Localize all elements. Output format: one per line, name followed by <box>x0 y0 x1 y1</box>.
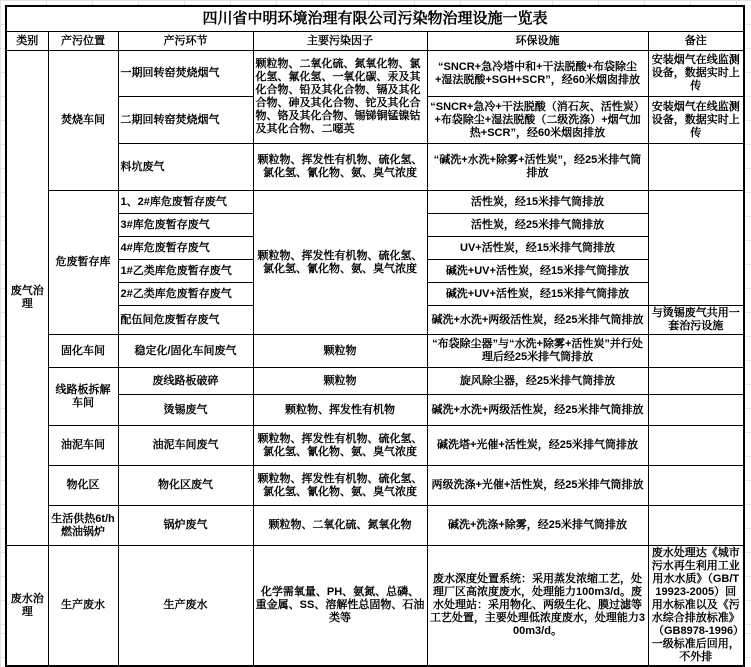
cell-facility: “SNCR+急冷+干法脱酸（消石灰、活性炭）+布袋除尘+湿法脱酸（二级洗涤）+烟… <box>427 97 648 144</box>
cell-location-incineration: 焚烧车间 <box>48 51 118 191</box>
cell-stage: 稳定化/固化车间废气 <box>118 335 253 368</box>
cell-remark <box>648 368 744 395</box>
cell-location-pcb-dismantle: 线路板拆解车间 <box>48 368 118 426</box>
cell-remark <box>648 144 744 191</box>
cell-location-hazmat-storage: 危废暂存库 <box>48 191 118 335</box>
cell-facility: 碱洗塔+光催+活性炭，经25米排气筒排放 <box>427 426 648 466</box>
cell-facility: 碱洗+UV+活性炭，经15米排气筒排放 <box>427 283 648 306</box>
cell-remark <box>648 466 744 506</box>
cell-facility: 活性炭，经25米排气筒排放 <box>427 214 648 237</box>
cell-location-physchem: 物化区 <box>48 466 118 506</box>
page-title: 四川省中明环境治理有限公司污染物治理设施一览表 <box>6 6 744 32</box>
cell-facility: UV+活性炭，经15米排气筒排放 <box>427 237 648 260</box>
cell-factors: 化学需氧量、PH、氨氮、总磷、重金属、SS、溶解性总固物、石油类等 <box>253 546 427 667</box>
cell-factors: 颗粒物 <box>253 368 427 395</box>
cell-category-wastewater: 废水治理 <box>6 546 48 667</box>
cell-factors: 颗粒物 <box>253 335 427 368</box>
cell-remark <box>648 506 744 546</box>
cell-location-production-wastewater: 生产废水 <box>48 546 118 667</box>
cell-stage: 锅炉废气 <box>118 506 253 546</box>
header-facility: 环保设施 <box>427 32 648 51</box>
cell-location-solidification: 固化车间 <box>48 335 118 368</box>
cell-remark <box>648 335 744 368</box>
header-location: 产污位置 <box>48 32 118 51</box>
cell-stage: 配伍间危废暂存废气 <box>118 306 253 335</box>
cell-remark <box>648 426 744 466</box>
cell-stage: 4#库危废暂存废气 <box>118 237 253 260</box>
cell-remark: 安装烟气在线监测设备，数据实时上传 <box>648 51 744 97</box>
cell-factors: 颗粒物、挥发性有机物、硫化氢、氯化氢、氰化物、氨、臭气浓度 <box>253 426 427 466</box>
cell-factors: 颗粒物、挥发性有机物、硫化氢、氯化氢、氰化物、氨、臭气浓度 <box>253 466 427 506</box>
cell-facility: 碱洗+洗涤+除雾，经25米排气筒排放 <box>427 506 648 546</box>
cell-remark <box>648 191 744 306</box>
cell-stage: 物化区废气 <box>118 466 253 506</box>
cell-factors: 颗粒物、二氧化硫、氮氧化物 <box>253 506 427 546</box>
cell-factors: 颗粒物、挥发性有机物、硫化氢、氯化氢、氰化物、氨、臭气浓度 <box>253 144 427 191</box>
cell-facility: 碱洗+水洗+两级活性炭，经25米排气筒排放 <box>427 306 648 335</box>
cell-facility: 碱洗+UV+活性炭，经15米排气筒排放 <box>427 260 648 283</box>
cell-stage: 1#乙类库危废暂存废气 <box>118 260 253 283</box>
cell-remark: 安装烟气在线监测设备，数据实时上传 <box>648 97 744 144</box>
header-remark: 备注 <box>648 32 744 51</box>
cell-remark: 废水处理达《城市污水再生利用工业用水水质》（GB/T19923-2005）回用水… <box>648 546 744 667</box>
cell-location-boiler: 生活供热6t/h燃油锅炉 <box>48 506 118 546</box>
cell-factors: 颗粒物、二氧化硫、氮氧化物、氯化氢、氟化氢、一氧化碳、汞及其化合物、铅及其化合物… <box>253 51 427 144</box>
cell-facility: 两级洗涤+光催+活性炭，经25米排气筒排放 <box>427 466 648 506</box>
cell-category-gas: 废气治理 <box>6 51 48 546</box>
cell-remark <box>648 395 744 426</box>
pollution-table: 四川省中明环境治理有限公司污染物治理设施一览表 类别 产污位置 产污环节 主要污… <box>5 5 745 667</box>
header-stage: 产污环节 <box>118 32 253 51</box>
cell-facility: 旋风除尘器，经25米排气筒排放 <box>427 368 648 395</box>
cell-stage: 3#库危废暂存废气 <box>118 214 253 237</box>
cell-factors: 颗粒物、挥发性有机物 <box>253 395 427 426</box>
cell-stage: 2#乙类库危废暂存废气 <box>118 283 253 306</box>
cell-remark: 与烫锡废气共用一套治污设施 <box>648 306 744 335</box>
cell-stage: 二期回转窑焚烧烟气 <box>118 97 253 144</box>
cell-stage: 料坑废气 <box>118 144 253 191</box>
cell-facility: “SNCR+急冷塔中和+干法脱酸+布袋除尘+湿法脱酸+SGH+SCR”，经60米… <box>427 51 648 97</box>
cell-factors: 颗粒物、挥发性有机物、硫化氢、氯化氢、氰化物、氨、臭气浓度 <box>253 191 427 335</box>
cell-facility: 废水深度处置系统：采用蒸发浓缩工艺，处理厂区高浓度废水，处理能力100m3/d。… <box>427 546 648 667</box>
cell-facility: 活性炭，经15米排气筒排放 <box>427 191 648 214</box>
cell-stage: 1、2#库危废暂存废气 <box>118 191 253 214</box>
cell-stage: 废线路板破碎 <box>118 368 253 395</box>
cell-facility: “布袋除尘器”与“水洗+除雾+活性炭”并行处理后经25米排气筒排放 <box>427 335 648 368</box>
cell-facility: “碱洗+水洗+除雾+活性炭”，经25米排气筒排放 <box>427 144 648 191</box>
cell-stage: 烫锡废气 <box>118 395 253 426</box>
header-category: 类别 <box>6 32 48 51</box>
header-factors: 主要污染因子 <box>253 32 427 51</box>
cell-stage: 生产废水 <box>118 546 253 667</box>
cell-stage: 油泥车间废气 <box>118 426 253 466</box>
cell-stage: 一期回转窑焚烧烟气 <box>118 51 253 97</box>
cell-facility: 碱洗+水洗+两级活性炭，经25米排气筒排放 <box>427 395 648 426</box>
cell-location-oil-sludge: 油泥车间 <box>48 426 118 466</box>
